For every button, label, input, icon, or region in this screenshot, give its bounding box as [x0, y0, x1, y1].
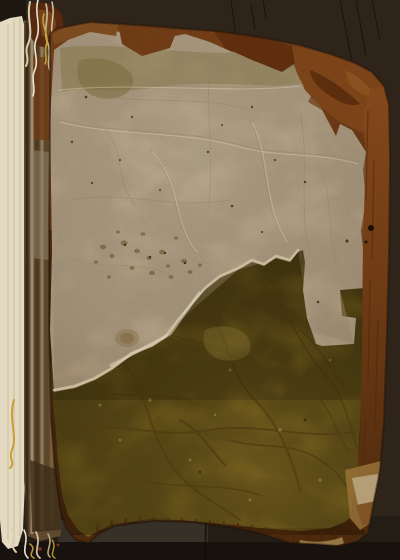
page-block-edge: [0, 16, 25, 549]
photo-antique-book-cover: Photograph of an antique book lying open…: [0, 0, 400, 560]
red-thread-bit: [38, 547, 42, 551]
red-thread-bit-2: [57, 544, 60, 547]
grain-overlay-light: [45, 18, 395, 550]
photo-canvas: Photograph of an antique book lying open…: [0, 0, 400, 560]
spine-gray-patch: [30, 150, 50, 260]
book-cover: [40, 18, 395, 550]
